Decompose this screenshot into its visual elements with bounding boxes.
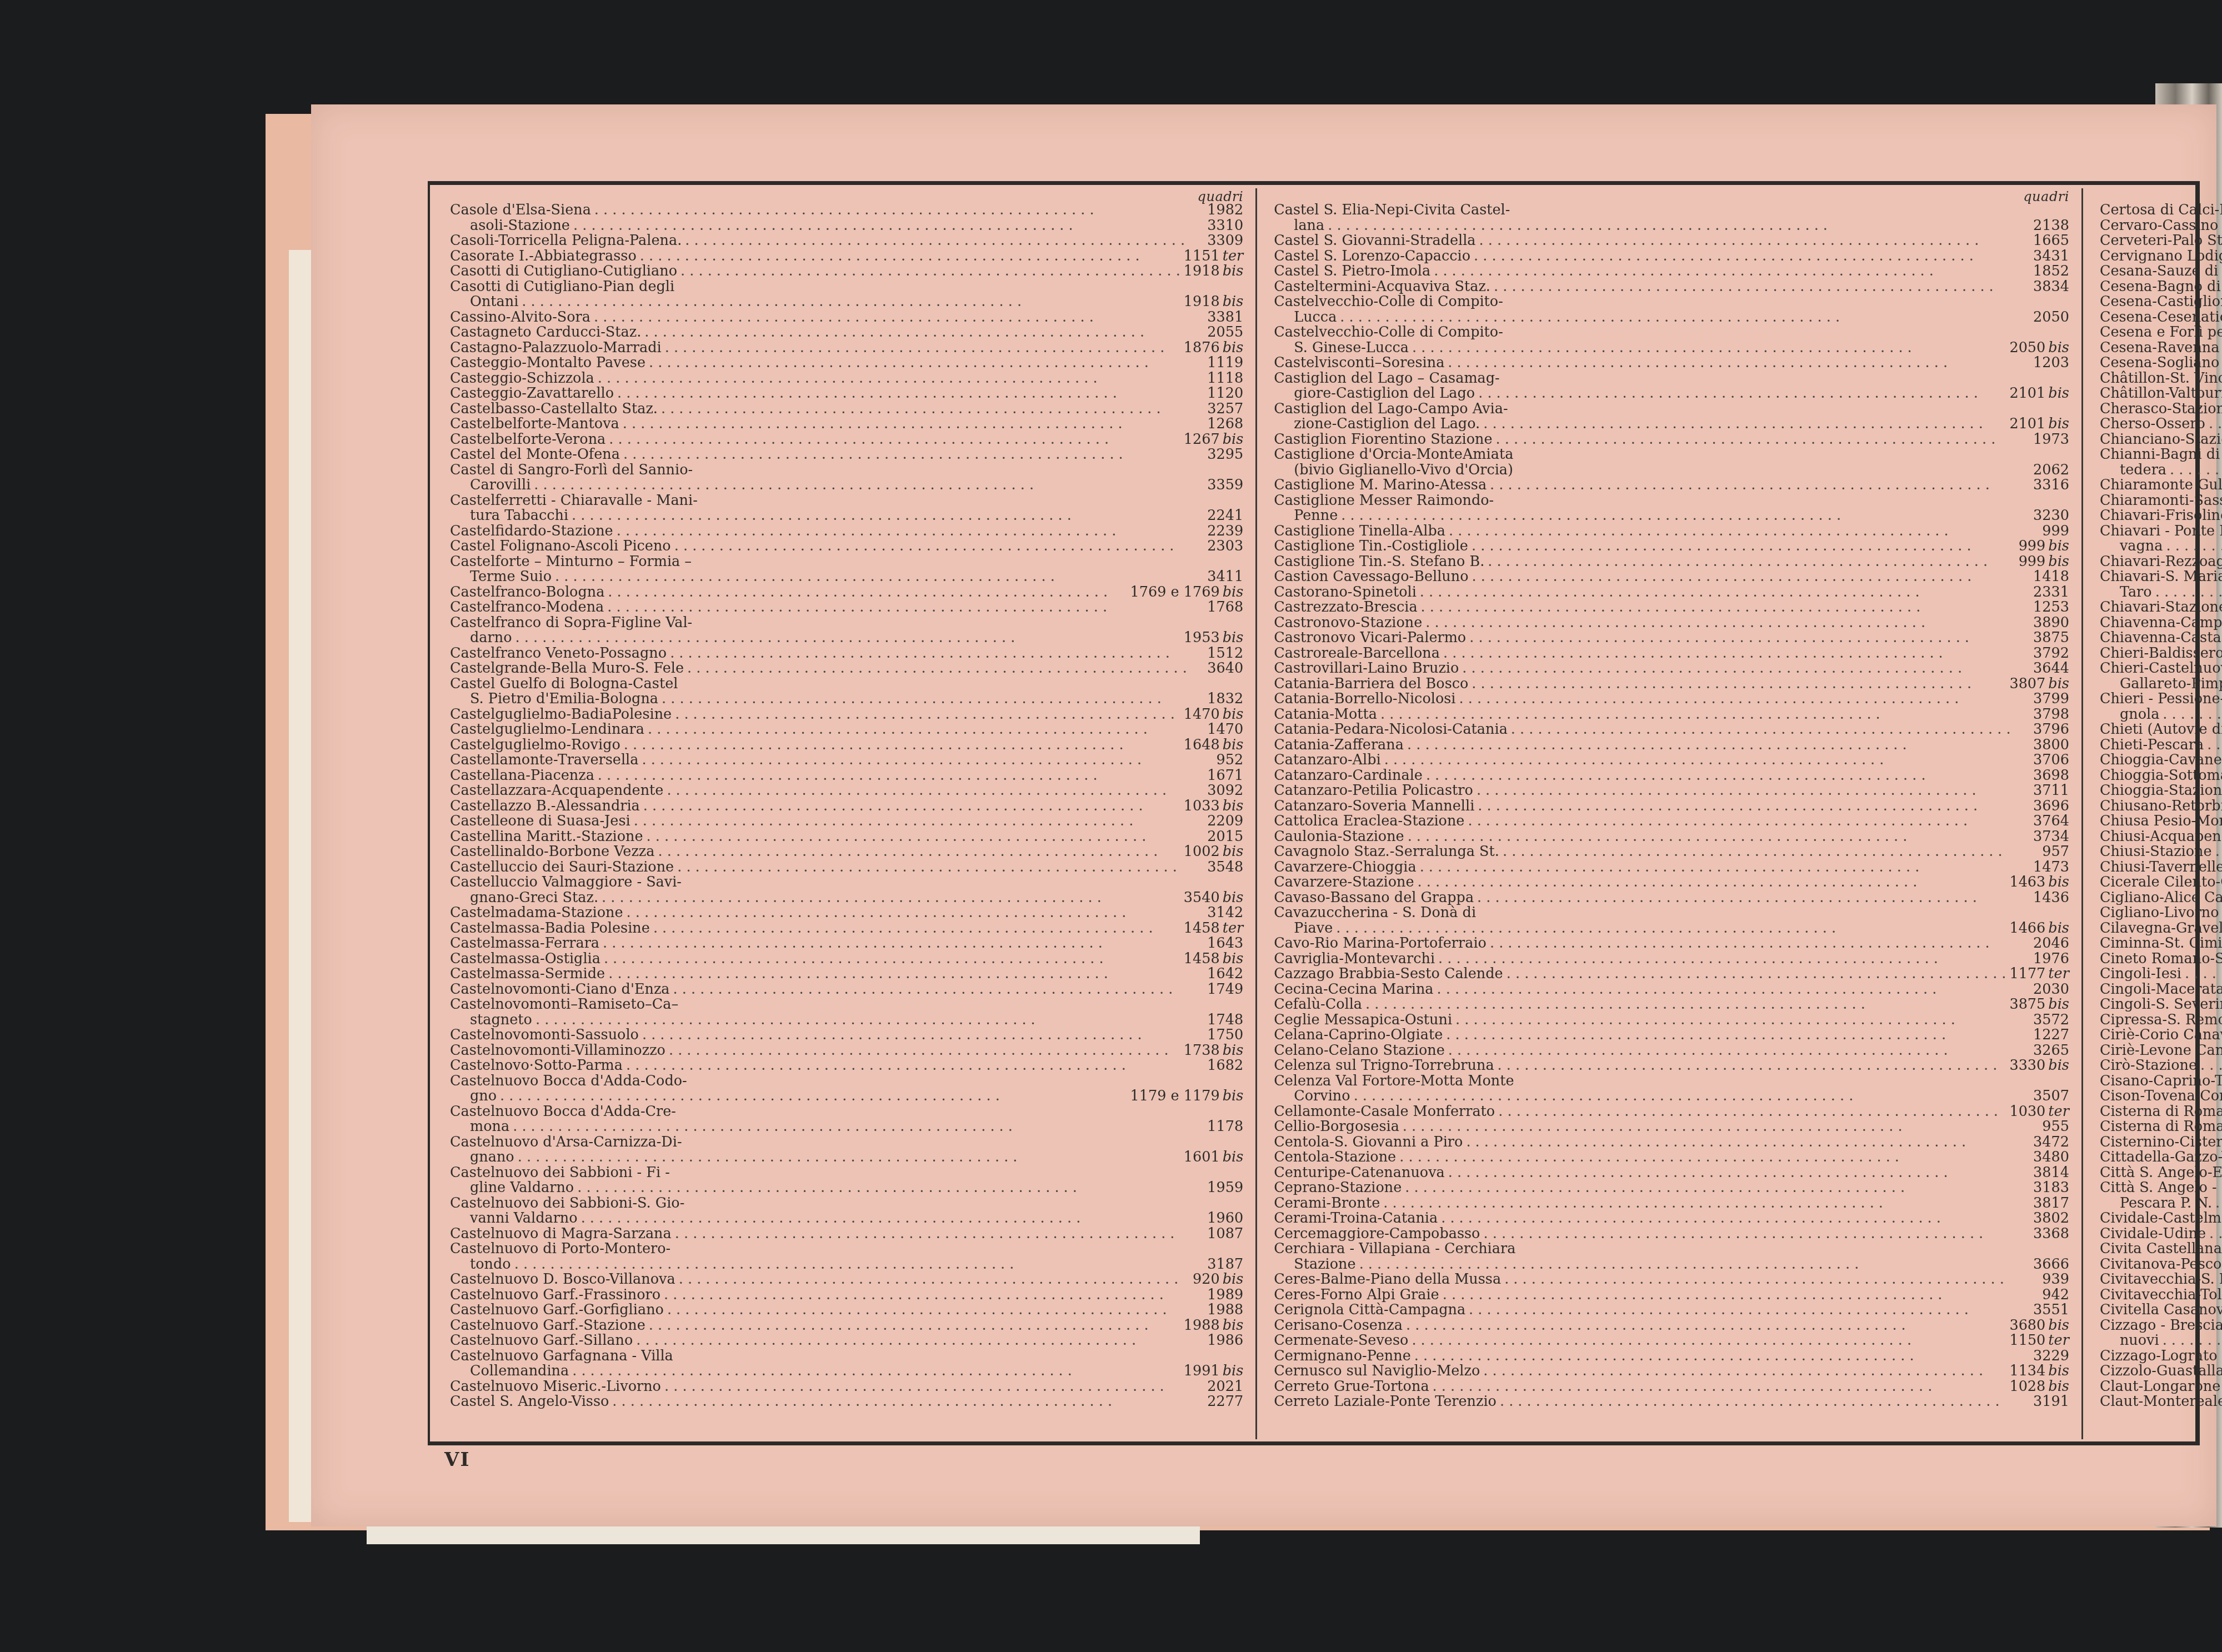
dot-leader: [573, 218, 1204, 234]
station-name-line1: Castel Guelfo di Bologna-Castel: [450, 677, 1243, 692]
table-number: 3551: [2033, 1303, 2069, 1318]
dot-leader: [594, 203, 1204, 218]
dot-leader: [1472, 677, 2006, 692]
index-entry: Ciminna-St. Ciminna-Baucina3904: [2100, 936, 2222, 952]
table-number: 2021: [1207, 1379, 1243, 1395]
dot-leader: [642, 1028, 1204, 1043]
station-name: Chioggia-Stazione: [2100, 783, 2222, 799]
table-number: 2055: [1207, 325, 1243, 341]
dot-leader: [594, 310, 1204, 326]
table-number: 1473: [2033, 860, 2069, 875]
index-entry: Castelnovo·Sotto-Parma1682: [450, 1058, 1243, 1074]
index-entry: Cividale-Castelmonte1580bis: [2100, 1211, 2222, 1227]
index-entry: Casotti di Cutigliano-Pian degliOntani19…: [450, 279, 1243, 310]
table-number: 1960: [1207, 1211, 1243, 1227]
station-name: Casotti di Cutigliano-Cutigliano: [450, 264, 677, 279]
dot-leader: [598, 768, 1204, 784]
station-name: Piave: [1294, 921, 1333, 937]
dot-leader: [623, 417, 1204, 432]
station-name: Castelluccio dei Sauri-Stazione: [450, 860, 674, 875]
station-name: Cellio-Borgosesia: [1274, 1119, 1399, 1135]
station-name: Casteggio-Montalto Pavese: [450, 356, 645, 371]
station-name: Cerami-Troina-Catania: [1274, 1211, 1438, 1227]
dot-leader: [662, 692, 1204, 707]
station-name: Castel Folignano-Ascoli Piceno: [450, 539, 671, 554]
dot-leader: [1490, 478, 2030, 493]
index-entry: Casorate I.-Abbiategrasso1151ter: [450, 249, 1243, 264]
dot-leader: [677, 860, 1204, 875]
station-name: Cattolica Eraclea-Stazione: [1274, 814, 1464, 829]
table-number: 3875: [2033, 630, 2069, 646]
station-name: Gallareto-Pimparino: [2120, 677, 2222, 692]
table-number: 3800: [2033, 738, 2069, 753]
index-entry: Città S. Angelo - Montesilvano -Pescara …: [2100, 1180, 2222, 1211]
station-name: Castelfranco Veneto-Possagno: [450, 646, 667, 662]
index-entry: Catanzaro-Soveria Mannelli3696: [1274, 799, 2069, 814]
index-entry: Casole d'Elsa-Siena1982: [450, 203, 1243, 218]
index-entry: Cellio-Borgosesia955: [1274, 1119, 2069, 1135]
dot-leader: [1483, 1227, 2030, 1242]
station-name: Castiglion Fiorentino Stazione: [1274, 432, 1492, 448]
station-name: Cavarzere-Chioggia: [1274, 860, 1416, 875]
index-entry: Casteggio-Schizzola1118: [450, 371, 1243, 387]
station-name-line1: Chiavari-S. Maria-Borgo Val di: [2100, 569, 2222, 585]
dot-leader: [1507, 967, 2006, 982]
index-entry: Ceglie Messapica-Ostuni3572: [1274, 1013, 2069, 1028]
table-number: 2239: [1207, 524, 1243, 539]
index-entry: Castelnuovo Garf.-Gorfigliano1988: [450, 1303, 1243, 1318]
index-entry: Castelfranco di Sopra-Figline Val-darno1…: [450, 615, 1243, 646]
dot-leader: [664, 1379, 1204, 1395]
table-number: 3187: [1207, 1257, 1243, 1273]
table-number: 3807: [2009, 677, 2045, 692]
index-entry: Cercemaggiore-Campobasso3368: [1274, 1227, 2069, 1242]
index-entry: Celano-Celano Stazione3265: [1274, 1043, 2069, 1059]
table-suffix: bis: [1223, 1364, 1244, 1379]
index-entry: Castelbelforte-Verona1267bis: [450, 432, 1243, 448]
table-number: 3706: [2033, 753, 2069, 768]
index-entry: Castel S. Pietro-Imola1852: [1274, 264, 2069, 279]
index-entry: Celenza sul Trigno-Torrebruna3330bis: [1274, 1058, 2069, 1074]
station-name: Casole d'Elsa-Siena: [450, 203, 591, 218]
index-entry: Cesana-Sauze di Cesana925ter: [2100, 264, 2222, 279]
station-name: Cassino-Alvito-Sora: [450, 310, 590, 326]
station-name: Centuripe-Catenanuova: [1274, 1165, 1445, 1181]
dot-leader: [577, 1180, 1204, 1196]
table-number: 2277: [1207, 1394, 1243, 1410]
index-entry: Cavarzere-Stazione1463bis: [1274, 875, 2069, 890]
table-number: 999: [2019, 539, 2046, 554]
dot-leader: [1466, 1135, 2030, 1150]
index-entry: Castiglione d'Orcia-MonteAmiata(bivio Gi…: [1274, 447, 2069, 478]
index-entry: Cingoli-Macerata2274: [2100, 982, 2222, 998]
dot-leader: [518, 1150, 1180, 1165]
station-name: Chiaramonte Gulfi-Stazione: [2100, 478, 2222, 493]
index-entry: Cecina-Cecina Marina2030: [1274, 982, 2069, 998]
index-entry: Castellamonte-Traversella952: [450, 753, 1243, 768]
table-suffix: bis: [2048, 1379, 2069, 1395]
table-suffix: bis: [2048, 1364, 2069, 1379]
station-name: Catania-Motta: [1274, 707, 1377, 723]
station-name: Chieri-Baldissero-Torino: [2100, 646, 2222, 662]
column-header-quadri: quadri: [450, 191, 1243, 203]
dot-leader: [661, 402, 1204, 417]
station-name: Ontani: [470, 294, 518, 310]
station-name: Cavagnolo Staz.-Serralunga St.: [1274, 844, 1499, 860]
station-name: Chiusi-Tavernelle-Perugia: [2100, 860, 2222, 875]
index-entry: Castiglione Messer Raimondo-Penne3230: [1274, 493, 2069, 524]
table-number: 2138: [2033, 218, 2069, 234]
table-number: 1227: [2033, 1028, 2069, 1043]
station-name: Chiavari-Frisolino-Rivo Orti: [2100, 508, 2222, 524]
dot-leader: [664, 1288, 1204, 1303]
station-name: gno: [470, 1089, 497, 1104]
dot-leader: [1448, 356, 2030, 371]
dot-leader: [522, 294, 1180, 310]
station-name: Corvino: [1294, 1089, 1350, 1104]
station-name-line1: Castiglione d'Orcia-MonteAmiata: [1274, 447, 2069, 463]
station-name: Cavaso-Bassano del Grappa: [1274, 890, 1474, 906]
station-name: Celenza sul Trigno-Torrebruna: [1274, 1058, 1494, 1074]
dot-leader: [1438, 952, 2030, 967]
dot-leader: [1448, 1165, 2030, 1181]
index-entry: Castelnovomonti–Ramiseto–Ca–stagneto1748: [450, 997, 1243, 1028]
station-name: Caulonia-Stazione: [1274, 829, 1404, 845]
index-entry: Cellamonte-Casale Monferrato1030ter: [1274, 1104, 2069, 1120]
station-name: vanni Valdarno: [470, 1211, 578, 1227]
table-number: 3472: [2033, 1135, 2069, 1150]
station-name: Ceglie Messapica-Ostuni: [1274, 1013, 1452, 1028]
table-number: 1643: [1207, 936, 1243, 952]
index-entry: Civitavecchia-Tolfa3132: [2100, 1288, 2222, 1303]
station-name-line1: Castelferretti - Chiaravalle - Mani-: [450, 493, 1243, 509]
index-entry: Castel S. Lorenzo-Capaccio3431: [1274, 249, 2069, 264]
table-number: 3310: [1207, 218, 1243, 234]
table-number: 3680: [2009, 1318, 2045, 1334]
table-number: 3548: [1207, 860, 1243, 875]
station-name: (bivio Giglianello-Vivo d'Orcia): [1294, 463, 1513, 478]
dot-leader: [679, 1272, 1189, 1288]
index-entry: Cizzago - Brescia - Rovato - Orzi-nuovi1…: [2100, 1318, 2222, 1349]
index-entry: Cisterna di Roma·Capograsso3173bis: [2100, 1104, 2222, 1120]
station-name: Cherso-Ossero: [2100, 417, 2205, 432]
table-number: 1463: [2009, 875, 2045, 890]
station-name: Civitella Casanova-Pescara: [2100, 1303, 2222, 1318]
table-suffix: ter: [1223, 921, 1244, 937]
station-name: Catanzaro-Cardinale: [1274, 768, 1423, 784]
station-name-line1: Casotti di Cutigliano-Pian degli: [450, 279, 1243, 295]
station-name: Châtillon-Valtournanche.: [2100, 386, 2222, 402]
dot-leader: [2155, 585, 2222, 600]
index-entry: Cefalù-Colla3875bis: [1274, 997, 2069, 1013]
dot-leader: [617, 524, 1204, 539]
table-number: 1150: [2009, 1333, 2045, 1349]
dot-leader: [647, 829, 1204, 845]
index-entry: Cittadella-Gazzo-Vicenza1438: [2100, 1150, 2222, 1165]
table-number: 3507: [2033, 1089, 2069, 1104]
table-number: 1989: [1207, 1288, 1243, 1303]
table-number: 1982: [1207, 203, 1243, 218]
station-name: Civitavecchia-Tolfa: [2100, 1288, 2222, 1303]
station-name: Cerreto Grue-Tortona: [1274, 1379, 1429, 1395]
index-entry: Castagno-Palazzuolo-Marradi1876bis: [450, 341, 1243, 356]
index-entry: Cisternino-Cisternino Stazione3566: [2100, 1135, 2222, 1150]
index-entry: Casteggio-Montalto Pavese1119: [450, 356, 1243, 371]
dot-leader: [617, 386, 1204, 402]
station-name: Castagno-Palazzuolo-Marradi: [450, 341, 662, 356]
index-entry: Castiglione Tin.-Costigliole999bis: [1274, 539, 2069, 554]
index-entry: Chiusi-Tavernelle-Perugia2097: [2100, 860, 2222, 875]
index-entry: Certosa di Calci-Pisa2023: [2100, 203, 2222, 218]
dot-leader: [514, 1257, 1204, 1273]
index-entry: Cesena-Castiglione-Cervia1921: [2100, 294, 2222, 310]
dot-leader: [1498, 1058, 2006, 1074]
index-entry: Castellinaldo-Borbone Vezza1002bis: [450, 844, 1243, 860]
station-name: Cicerale Cilento-Ogliastro: [2100, 875, 2222, 890]
table-number: 1178: [1207, 1119, 1243, 1135]
table-number: 3875: [2009, 997, 2045, 1013]
index-entry: Centola-Stazione3480: [1274, 1150, 2069, 1165]
index-entry: Civitella Casanova-Pescara3262: [2100, 1303, 2222, 1318]
dot-leader: [1446, 1028, 2030, 1043]
index-entry: Cesena e Forlì per la Stazione1867: [2100, 325, 2222, 341]
index-entry: Castelnuovo d'Arsa-Carnizza-Di-gnano1601…: [450, 1135, 1243, 1165]
table-number: 920: [1193, 1272, 1220, 1288]
station-name: darno: [470, 630, 512, 646]
index-entry: Cerreto Laziale-Ponte Terenzio3191: [1274, 1394, 2069, 1410]
station-name: Claut-Montereale Cellina: [2100, 1394, 2222, 1410]
table-number: 3734: [2033, 829, 2069, 845]
station-name-line1: Castelnuovo dei Sabbioni - Fi -: [450, 1165, 1243, 1181]
index-entry: Cerchiara - Villapiana - CerchiaraStazio…: [1274, 1241, 2069, 1272]
dot-leader: [2200, 1058, 2222, 1074]
station-name: Castellana-Piacenza: [450, 768, 594, 784]
table-number: 3191: [2033, 1394, 2069, 1410]
index-entry: Centola-S. Giovanni a Piro3472: [1274, 1135, 2069, 1150]
dot-leader: [572, 508, 1204, 524]
station-name: Celana-Caprino-Olgiate: [1274, 1028, 1443, 1043]
station-name: Castellinaldo-Borbone Vezza: [450, 844, 655, 860]
station-name: Cernusco sul Naviglio-Melzo: [1274, 1364, 1480, 1379]
index-entry: Chiusi-Acquapendente2061bis: [2100, 829, 2222, 845]
station-name-line1: Castelfranco di Sopra-Figline Val-: [450, 615, 1243, 631]
index-entry: Cherso-Ossero1627: [2100, 417, 2222, 432]
station-name-line1: Castelnuovo d'Arsa-Carnizza-Di-: [450, 1135, 1243, 1150]
station-name: Casteltermini-Acquaviva Staz.: [1274, 279, 1490, 295]
index-entry: Cazzago Brabbia-Sesto Calende1177ter: [1274, 967, 2069, 982]
dot-leader: [2170, 463, 2222, 478]
table-number: 1119: [1207, 356, 1243, 371]
table-number: 1750: [1207, 1028, 1243, 1043]
index-entry: Cavriglia-Montevarchi1976: [1274, 952, 2069, 967]
station-name: Castronovo Vicari-Palermo: [1274, 630, 1466, 646]
dot-leader: [1449, 524, 2039, 539]
index-entry: Caulonia-Stazione3734: [1274, 829, 2069, 845]
station-name: Cigliano-Livorno Ferraris: [2100, 905, 2222, 921]
index-entry: Castel Guelfo di Bologna-CastelS. Pietro…: [450, 677, 1243, 707]
index-entry: Castelnuovo di Porto-Montero-tondo3187: [450, 1241, 1243, 1272]
dot-leader: [1474, 249, 2030, 264]
dot-leader: [1425, 615, 2030, 631]
station-name: Castelfranco-Modena: [450, 600, 604, 615]
index-entry: Catania-Pedara-Nicolosi-Catania3796: [1274, 722, 2069, 738]
index-entry: Castelfranco-Bologna1769 e 1769bis: [450, 585, 1243, 600]
index-entry: Civita Castellana-Stazione2138: [2100, 1241, 2222, 1257]
station-name: Lucca: [1294, 310, 1337, 326]
table-number: 1768: [1207, 600, 1243, 615]
table-number: 1253: [2033, 600, 2069, 615]
table-number: 1134: [2009, 1364, 2045, 1379]
station-name-line1: Chieri - Pessione- Poirino-Carma-: [2100, 692, 2222, 707]
index-entry: Cassino-Alvito-Sora3381: [450, 310, 1243, 326]
station-name: Cividale-Udine: [2100, 1227, 2206, 1242]
station-name-line1: Chianni-Bagni di Casciana-Pon-: [2100, 447, 2222, 463]
station-name: Chiusa Pesio-Mondovì: [2100, 814, 2222, 829]
dot-leader: [536, 1013, 1204, 1028]
table-number: 1458: [1184, 921, 1220, 937]
dot-leader: [623, 447, 1204, 463]
index-entry: Cirò-Stazione3700: [2100, 1058, 2222, 1074]
table-number: 2015: [1207, 829, 1243, 845]
dot-leader: [674, 539, 1204, 554]
table-number: 2101: [2009, 386, 2045, 402]
station-name: Chioggia-Sottomarina: [2100, 768, 2222, 784]
station-name-line1: Castelvecchio-Colle di Compito-: [1274, 325, 2069, 341]
dot-leader: [603, 936, 1204, 952]
index-entry: Castelnuovo dei Sabbioni-S. Gio-vanni Va…: [450, 1196, 1243, 1227]
table-number: 1671: [1207, 768, 1243, 784]
table-suffix: bis: [1223, 738, 1244, 753]
station-name: Celano-Celano Stazione: [1274, 1043, 1445, 1059]
table-suffix: bis: [1223, 844, 1244, 860]
dot-leader: [1503, 844, 2039, 860]
station-name: Castellazzara-Acquapendente: [450, 783, 663, 799]
dot-leader: [516, 630, 1180, 646]
table-number: 1918: [1184, 264, 1220, 279]
index-entry: Chiavari-Frisolino-Rivo Orti1076bis: [2100, 508, 2222, 524]
table-number: 942: [2042, 1288, 2069, 1303]
station-name: Centola-S. Giovanni a Piro: [1274, 1135, 1463, 1150]
index-entry: Casoli-Torricella Peligna-Palena.3309: [450, 233, 1243, 249]
index-entry: Claut-Montereale Cellina1523: [2100, 1394, 2222, 1410]
dot-leader: [555, 569, 1204, 585]
table-number: 1832: [1207, 692, 1243, 707]
dot-leader: [572, 1364, 1180, 1379]
station-name: Ceres-Forno Alpi Graie: [1274, 1288, 1439, 1303]
index-entry: Cesena-Cesenatico1862: [2100, 310, 2222, 326]
table-number: 1991: [1184, 1364, 1220, 1379]
table-suffix: bis: [2048, 341, 2069, 356]
table-number: 3229: [2033, 1349, 2069, 1364]
dot-leader: [642, 753, 1213, 768]
dot-leader: [670, 646, 1204, 662]
table-number: 1642: [1207, 967, 1243, 982]
dot-leader: [667, 1303, 1204, 1318]
table-number: 1458: [1184, 952, 1220, 967]
station-name: Catania-Barriera del Bosco: [1274, 677, 1468, 692]
dot-leader: [653, 921, 1180, 937]
index-entry: Ceres-Balme-Piano della Mussa939: [1274, 1272, 2069, 1288]
index-entry: Civitanova-Pescolanciano3352: [2100, 1257, 2222, 1273]
index-entry: Chiavari-Stazione1075ter: [2100, 600, 2222, 615]
index-entry: Cesena-Bagno di Romagna1873: [2100, 279, 2222, 295]
station-name: Cercemaggiore-Campobasso: [1274, 1227, 1480, 1242]
index-entry: Cizzago-Lograto1259bis: [2100, 1349, 2222, 1364]
station-name: Castelnuovo Garf.-Sillano: [450, 1333, 633, 1349]
index-entry: Castelferretti - Chiaravalle - Mani-tura…: [450, 493, 1243, 524]
table-suffix: bis: [2048, 921, 2069, 937]
station-name: Cesana-Sauze di Cesana: [2100, 264, 2222, 279]
dot-leader: [2163, 707, 2222, 723]
station-name: Castrezzato-Brescia: [1274, 600, 1417, 615]
table-number: 2209: [1207, 814, 1243, 829]
table-suffix: ter: [1223, 249, 1244, 264]
index-entry: Cingoli-S. Severino Marche2270: [2100, 997, 2222, 1013]
station-name: Cingoli-Macerata: [2100, 982, 2222, 998]
index-entry: Catania-Barriera del Bosco3807bis: [1274, 677, 2069, 692]
table-number: 1436: [2033, 890, 2069, 906]
dot-leader: [1418, 875, 2006, 890]
dot-leader: [649, 356, 1204, 371]
dot-leader: [1354, 1089, 2030, 1104]
dot-leader: [534, 478, 1204, 493]
station-name: Cisterna di Roma-Velletri: [2100, 1119, 2222, 1135]
index-entry: Castroreale-Barcellona3792: [1274, 646, 2069, 662]
station-name: Cervignano Lodig.-Melegnano.: [2100, 249, 2222, 264]
station-name: Castiglione Tin.-Costigliole: [1274, 539, 1468, 554]
index-entry: Cicerale Cilento-Ogliastro3419: [2100, 875, 2222, 890]
station-name: Castelbelforte-Mantova: [450, 417, 619, 432]
table-number: 3359: [1207, 478, 1243, 493]
dot-leader: [2207, 738, 2222, 753]
index-columns: quadriCasole d'Elsa-Siena1982asoli-Stazi…: [433, 188, 2191, 1439]
table-number: 3431: [2033, 249, 2069, 264]
station-name: Castelbelforte-Verona: [450, 432, 605, 448]
station-name: Cividale-Castelmonte: [2100, 1211, 2222, 1227]
station-name-line1: Castiglion del Lago – Casamag-: [1274, 371, 2069, 387]
station-name-line1: Castelvecchio-Colle di Compito-: [1274, 294, 2069, 310]
dot-leader: [1414, 1349, 2030, 1364]
station-name: Cecina-Cecina Marina: [1274, 982, 1433, 998]
station-name: Castelvisconti–Soresina: [1274, 356, 1444, 371]
table-number: 2331: [2033, 585, 2069, 600]
station-name: Cerveteri-Palo Stazione: [2100, 233, 2222, 249]
dot-leader: [2215, 1196, 2222, 1212]
index-entry: Castronovo-Stazione3890: [1274, 615, 2069, 631]
table-number: 2046: [2033, 936, 2069, 952]
station-name: Castel S. Giovanni-Stradella: [1274, 233, 1475, 249]
station-name: Châtillon-St. Vincent: [2100, 371, 2222, 387]
index-entry: Casotti di Cutigliano-Cutigliano1918bis: [450, 264, 1243, 279]
table-number: 1749: [1207, 982, 1243, 998]
dot-leader: [1384, 753, 2030, 768]
index-entry: Chiavari - Ponte Maddalena - La-vagna107…: [2100, 524, 2222, 554]
index-entry: Castelluccio Valmaggiore - Savi-gnano-Gr…: [450, 875, 1243, 905]
station-name: Pescara P. N.: [2120, 1196, 2212, 1212]
index-entry: Cisano-Caprino-Torre de' Busi1227bis: [2100, 1074, 2222, 1089]
station-name: stagneto: [470, 1013, 532, 1028]
dot-leader: [500, 1089, 1127, 1104]
index-entry: Castelnuovo Bocca d'Adda-Codo-gno1179 e …: [450, 1074, 1243, 1104]
dot-leader: [1412, 1333, 2006, 1349]
index-entry: Castel del Monte-Ofena3295: [450, 447, 1243, 463]
station-name: Chianciano-Stazione: [2100, 432, 2222, 448]
station-name-line1: Castelnuovo di Porto-Montero-: [450, 1241, 1243, 1257]
index-entry: Castiglione Tin.-S. Stefano B.999bis: [1274, 554, 2069, 570]
dot-leader: [1483, 417, 2006, 432]
station-name-line1: Castelforte – Minturno – Formia –: [450, 554, 1243, 570]
table-suffix: bis: [2048, 1058, 2069, 1074]
